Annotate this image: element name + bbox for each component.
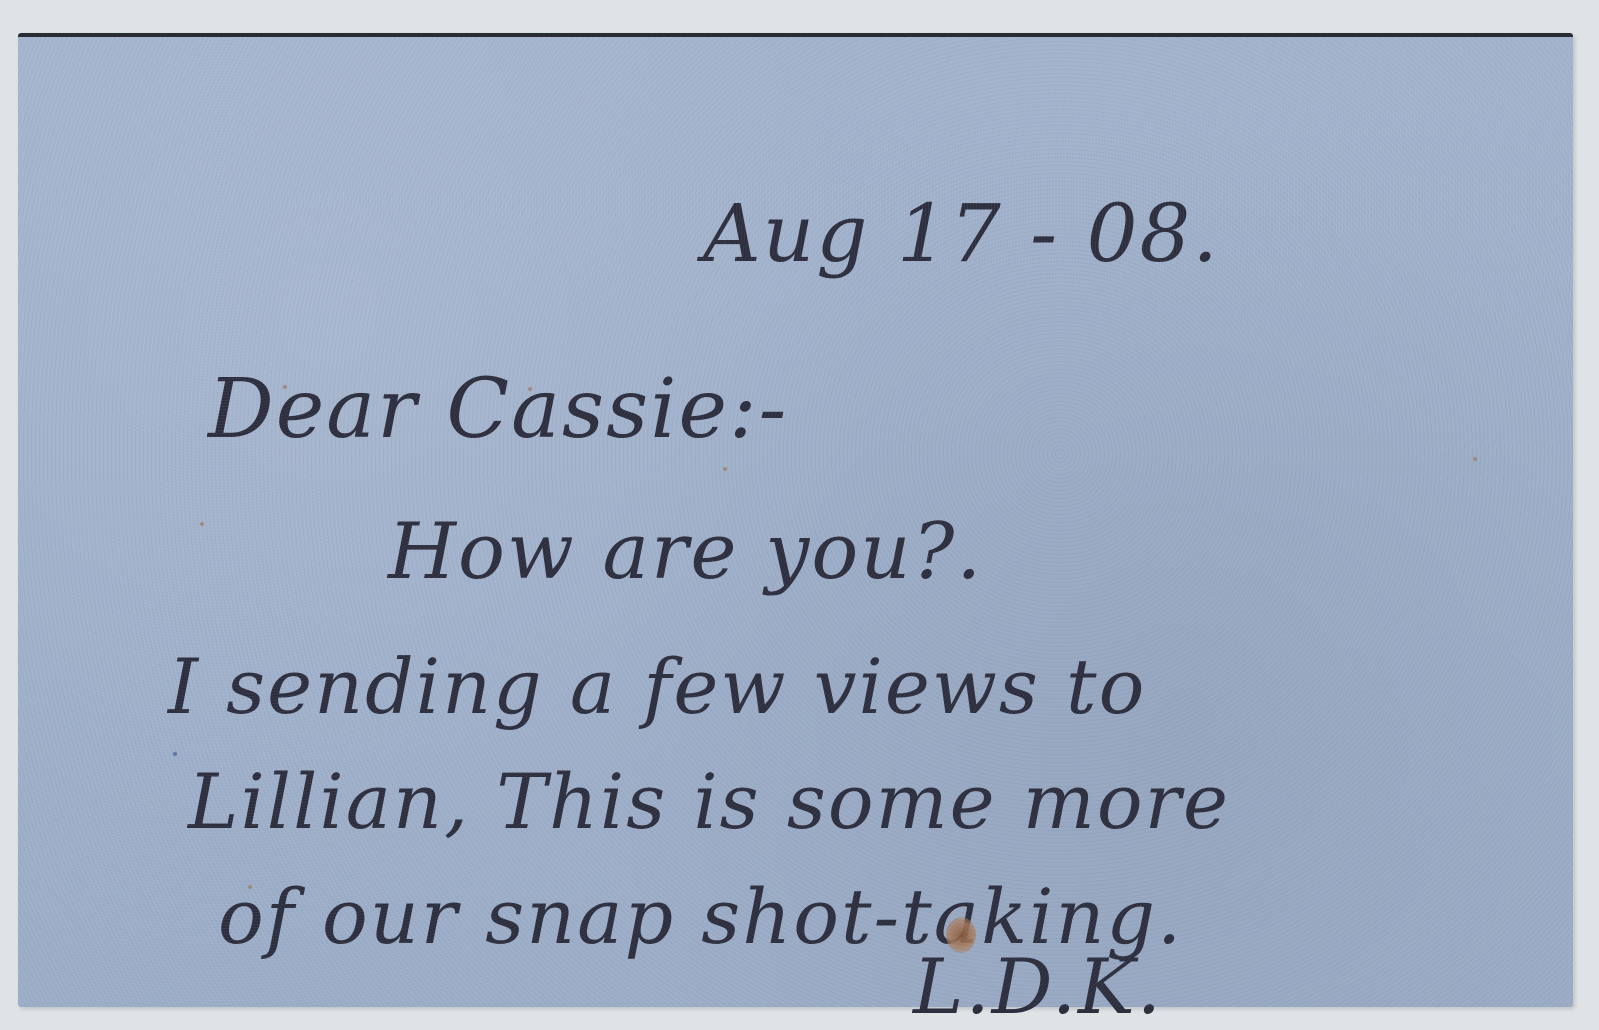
signature: L.D.K. bbox=[913, 942, 1163, 1030]
handwritten-date: Aug 17 - 08. bbox=[703, 187, 1220, 280]
message-line-1: How are you?. bbox=[388, 507, 983, 597]
paper-speck bbox=[528, 387, 532, 391]
message-line-3: Lillian, This is some more bbox=[188, 757, 1230, 846]
paper-speck bbox=[173, 752, 177, 756]
salutation: Dear Cassie:- bbox=[208, 362, 788, 457]
postcard: Aug 17 - 08. Dear Cassie:- How are you?.… bbox=[18, 33, 1573, 1007]
paper-speck bbox=[1473, 457, 1477, 461]
rust-stain bbox=[946, 917, 976, 953]
message-line-2: I sending a few views to bbox=[168, 642, 1146, 731]
paper-speck bbox=[283, 385, 287, 389]
paper-speck bbox=[723, 467, 727, 471]
paper-speck bbox=[248, 885, 252, 889]
paper-speck bbox=[200, 522, 204, 526]
